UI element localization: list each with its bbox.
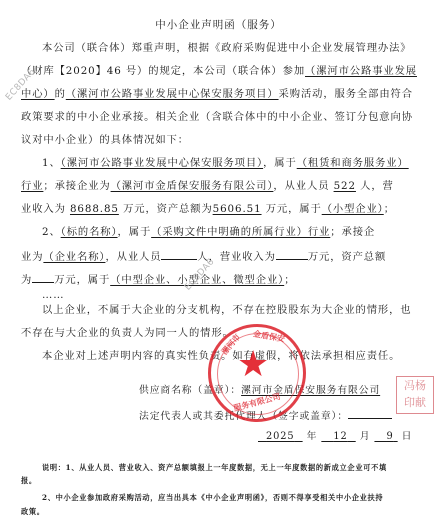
item2-line2: 业为（企业名称），从业人员人，营业收入为万元，资产总额	[21, 249, 386, 263]
date-line: 2025 年 12 月 9 日	[258, 431, 412, 443]
item2-industry: （采购文件中明确的所属行业）行业	[151, 226, 330, 238]
company-seal: ★ 漯河市 金盾保安 服务有限公司	[208, 324, 306, 422]
document-title: 中小企业声明函（服务）	[0, 17, 437, 32]
ellipsis: ……	[42, 289, 65, 301]
declaration-page: 中小企业声明函（服务） 本公司（联合体）郑重声明，根据《政府采购促进中小企业发展…	[0, 0, 437, 520]
purchaser-name: （漯河市公路事业发展	[305, 65, 417, 77]
para1-line4: 政策要求的中小企业承接。相关企业（含联合体中的中小企业、签订分包意向协	[21, 111, 413, 123]
note2-line2: 政策。	[21, 507, 45, 517]
date-day: 9	[374, 431, 397, 442]
note1-line2: 报。	[21, 476, 37, 486]
item2-line1: 2、（标的名称），属于（采购文件中明确的所属行业）行业；承接企	[42, 226, 375, 238]
item1-line1: 1、（漯河市公路事业发展中心保安服务项目），属于（租赁和商务服务业）	[42, 157, 409, 169]
item2-line3: 为万元，属于（中型企业、小型企业、微型企业）；	[21, 272, 295, 286]
item1-line3: 业收入为 8688.85 万元，资产总额为5606.51 万元，属于（小型企业）…	[21, 203, 395, 215]
personal-name-stamp: 冯杨 印献	[396, 376, 434, 414]
date-month: 12	[321, 431, 355, 442]
item2-revenue-blank	[276, 249, 308, 260]
item1-project: （漯河市公路事业发展中心保安服务项目）	[61, 157, 263, 169]
item1-enterprise-type: （小型企业）	[322, 203, 384, 215]
seal-star-icon: ★	[237, 347, 269, 383]
item1-revenue: 8688.85	[70, 203, 119, 215]
date-year: 2025	[258, 431, 303, 442]
item1-assets: 5606.51	[213, 203, 262, 215]
item2-project: （标的名称）	[61, 226, 118, 238]
note2-line1: 2、中小企业参加政府采购活动，应当出具本《中小企业声明函》，否则不得享受相关中小…	[42, 493, 383, 503]
para2-line2: 不存在与大企业的负责人为同一人的情形。	[21, 327, 234, 339]
para1-line3: 中心）的（漯河市公路事业发展中心保安服务项目）采购活动，服务全部由符合	[21, 88, 413, 100]
purchaser-name-cont: 中心）	[21, 88, 55, 100]
representative-blank	[348, 408, 392, 419]
item2-employees-blank	[161, 249, 197, 260]
item1-contractor: （漯河市金盾保安服务有限公司）	[111, 180, 274, 192]
para1-line5: 议对中小企业）的具体情况如下：	[21, 134, 189, 146]
previous-page-fragment	[34, 0, 296, 4]
project-name: （漯河市公路事业发展中心保安服务项目）	[66, 88, 279, 100]
item1-line2: 行业；承接企业为（漯河市金盾保安服务有限公司），从业人员 522 人，营	[21, 180, 394, 192]
para1-line1: 本公司（联合体）郑重声明，根据《政府采购促进中小企业发展管理办法》	[42, 42, 412, 54]
item1-employees: 522	[334, 180, 356, 192]
note1-line1: 说明：1、从业人员、营业收入、资产总额填报上一年度数据，无上一年度数据的新成立企…	[42, 463, 387, 473]
para1-line2: （财库【2020】46 号）的规定，本公司（联合体）参加（漯河市公路事业发展	[21, 65, 417, 77]
item2-assets-blank	[32, 272, 54, 283]
item2-contractor: （企业名称）	[43, 251, 105, 263]
para2-line1: 以上企业，不属于大企业的分支机构，不存在控股股东为大企业的情形，也	[42, 304, 412, 316]
item1-industry: （租赁和商务服务业）	[297, 157, 409, 169]
